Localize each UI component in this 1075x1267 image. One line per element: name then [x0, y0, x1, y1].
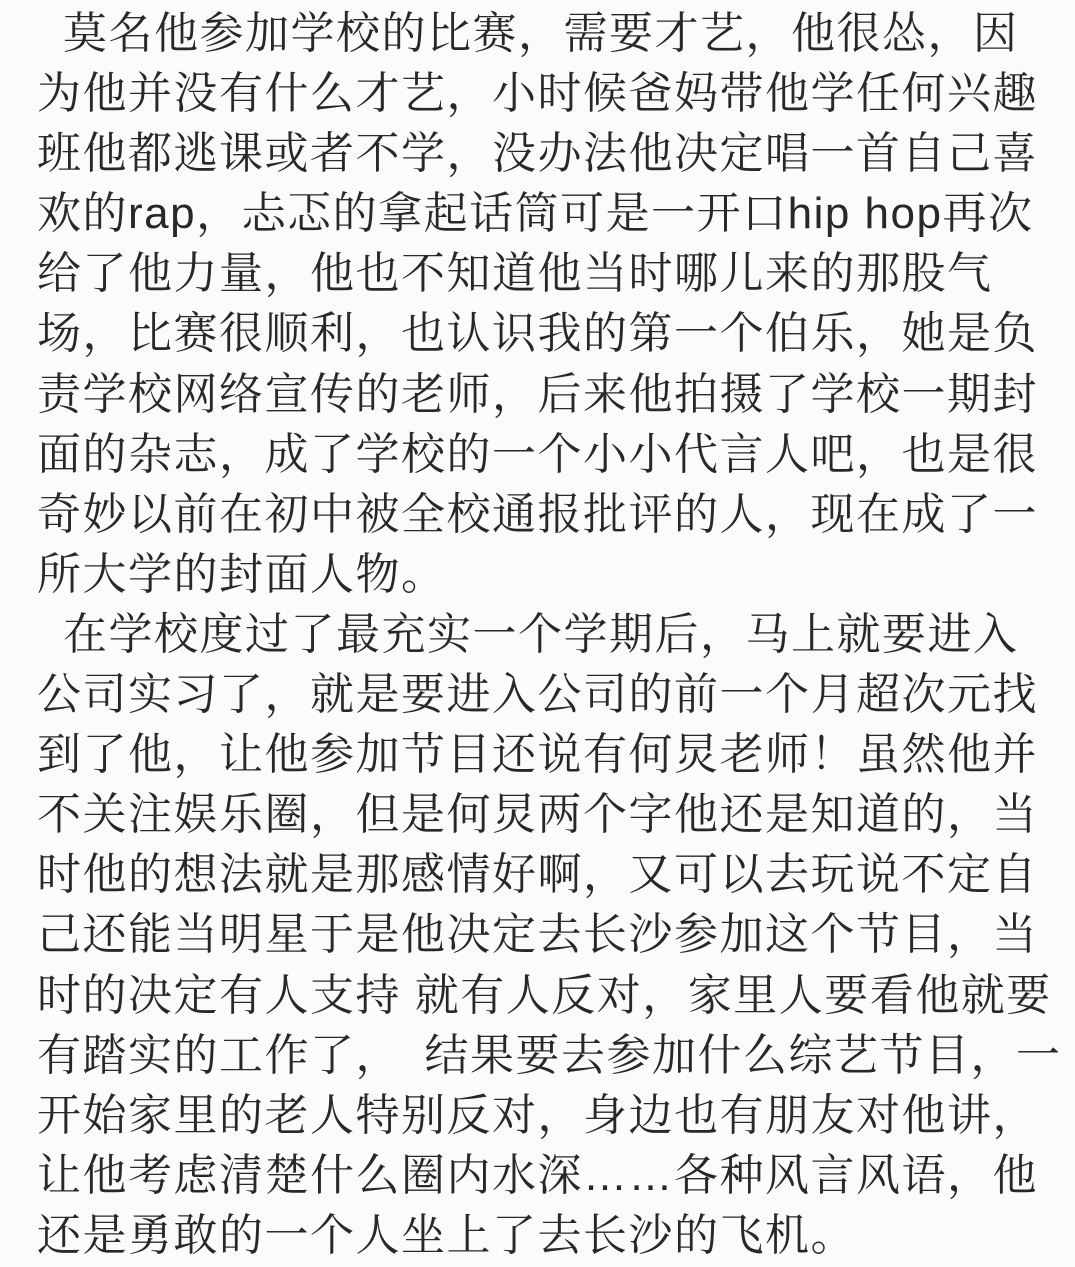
- text-line: 开始家里的老人特别反对，身边也有朋友对他讲，: [37, 1086, 1045, 1146]
- text-line: 时他的想法就是那感情好啊，又可以去玩说不定自: [37, 845, 1045, 905]
- text-line: 莫名他参加学校的比赛，需要才艺，他很怂，因: [37, 4, 1045, 64]
- text-line: 所大学的封面人物。: [37, 545, 1045, 605]
- text-line: 给了他力量，他也不知道他当时哪儿来的那股气: [37, 244, 1045, 304]
- text-line: 奇妙以前在初中被全校通报批评的人，现在成了一: [37, 485, 1045, 545]
- text-line: 为他并没有什么才艺，小时候爸妈带他学任何兴趣: [37, 64, 1045, 124]
- text-line: 还是勇敢的一个人坐上了去长沙的飞机。: [37, 1206, 1045, 1266]
- text-line: 班他都逃课或者不学，没办法他决定唱一首自己喜: [37, 124, 1045, 184]
- paragraph-2: 在学校度过了最充实一个学期后，马上就要进入 公司实习了，就是要进入公司的前一个月…: [37, 605, 1045, 1266]
- text-line: 欢的rap，忐忑的拿起话筒可是一开口hip hop再次: [37, 184, 1045, 244]
- text-line: 面的杂志，成了学校的一个小小代言人吧，也是很: [37, 425, 1045, 485]
- text-line: 在学校度过了最充实一个学期后，马上就要进入: [37, 605, 1045, 665]
- text-line: 责学校网络宣传的老师，后来他拍摄了学校一期封: [37, 365, 1045, 425]
- article-text: 莫名他参加学校的比赛，需要才艺，他很怂，因 为他并没有什么才艺，小时候爸妈带他学…: [0, 0, 1075, 1266]
- text-line: 到了他，让他参加节目还说有何炅老师！虽然他并: [37, 725, 1045, 785]
- text-line: 有踏实的工作了， 结果要去参加什么综艺节目，一: [37, 1026, 1045, 1086]
- text-line: 己还能当明星于是他决定去长沙参加这个节目，当: [37, 905, 1045, 965]
- text-line: 不关注娱乐圈，但是何炅两个字他还是知道的，当: [37, 785, 1045, 845]
- text-line: 时的决定有人支持 就有人反对，家里人要看他就要: [37, 966, 1045, 1026]
- text-line: 让他考虑清楚什么圈内水深……各种风言风语，他: [37, 1146, 1045, 1206]
- text-line: 场，比赛很顺利，也认识我的第一个伯乐，她是负: [37, 304, 1045, 364]
- paragraph-1: 莫名他参加学校的比赛，需要才艺，他很怂，因 为他并没有什么才艺，小时候爸妈带他学…: [37, 4, 1045, 605]
- text-line: 公司实习了，就是要进入公司的前一个月超次元找: [37, 665, 1045, 725]
